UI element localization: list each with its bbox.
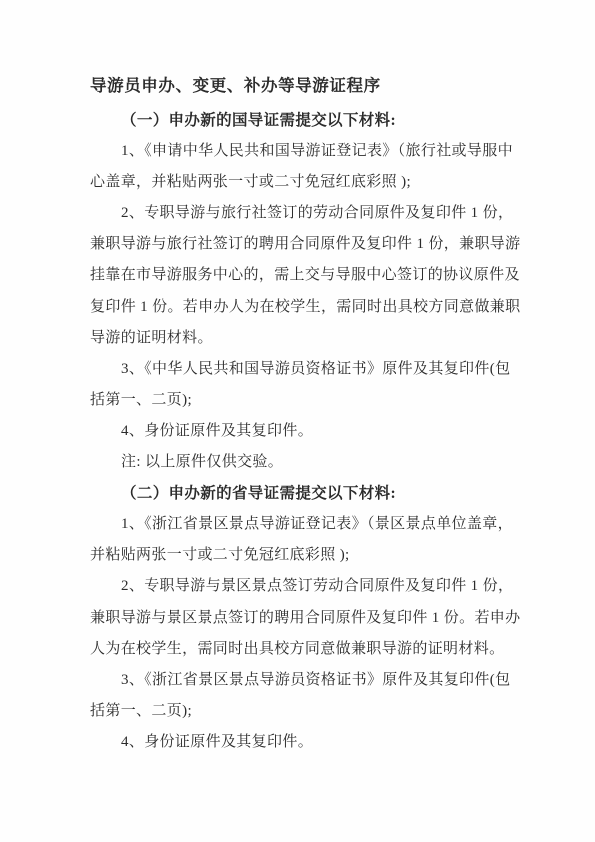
text-line: 3、《中华人民共和国导游员资格证书》原件及其复印件(包	[90, 354, 510, 385]
text-line: 2、专职导游与旅行社签订的劳动合同原件及复印件 1 份，	[90, 198, 510, 229]
text-line: 1、《浙江省景区景点导游证登记表》（景区景点单位盖章，	[90, 509, 510, 540]
text-line: 2、专职导游与景区景点签订劳动合同原件及复印件 1 份，	[90, 571, 510, 602]
text-line: 兼职导游与旅行社签订的聘用合同原件及复印件 1 份，兼职导游	[90, 229, 510, 260]
text-line: 人为在校学生，需同时出具校方同意做兼职导游的证明材料。	[90, 634, 510, 665]
section-heading-1: （一）申办新的国导证需提交以下材料:	[90, 105, 510, 136]
text-line: 4、身份证原件及其复印件。	[90, 416, 510, 447]
text-line: 挂靠在市导游服务中心的，需上交与导服中心签订的协议原件及	[90, 260, 510, 291]
note-line: 注: 以上原件仅供交验。	[90, 447, 510, 478]
section-heading-2: （二）申办新的省导证需提交以下材料:	[90, 478, 510, 509]
document-title: 导游员申办、变更、补办等导游证程序	[90, 70, 510, 101]
text-line: 导游的证明材料。	[90, 323, 510, 354]
text-line: 心盖章，并粘贴两张一寸或二寸免冠红底彩照 );	[90, 167, 510, 198]
text-line: 并粘贴两张一寸或二寸免冠红底彩照 );	[90, 540, 510, 571]
text-line: 4、身份证原件及其复印件。	[90, 727, 510, 758]
document-content: 导游员申办、变更、补办等导游证程序 （一）申办新的国导证需提交以下材料: 1、《…	[90, 70, 510, 758]
text-line: 1、《申请中华人民共和国导游证登记表》（旅行社或导服中	[90, 136, 510, 167]
text-line: 3、《浙江省景区景点导游员资格证书》原件及其复印件(包	[90, 665, 510, 696]
text-line: 括第一、二页);	[90, 696, 510, 727]
document-page: 导游员申办、变更、补办等导游证程序 （一）申办新的国导证需提交以下材料: 1、《…	[0, 0, 595, 842]
text-line: 兼职导游与景区景点签订的聘用合同原件及复印件 1 份。若申办	[90, 603, 510, 634]
text-line: 复印件 1 份。若申办人为在校学生，需同时出具校方同意做兼职	[90, 292, 510, 323]
text-line: 括第一、二页);	[90, 385, 510, 416]
